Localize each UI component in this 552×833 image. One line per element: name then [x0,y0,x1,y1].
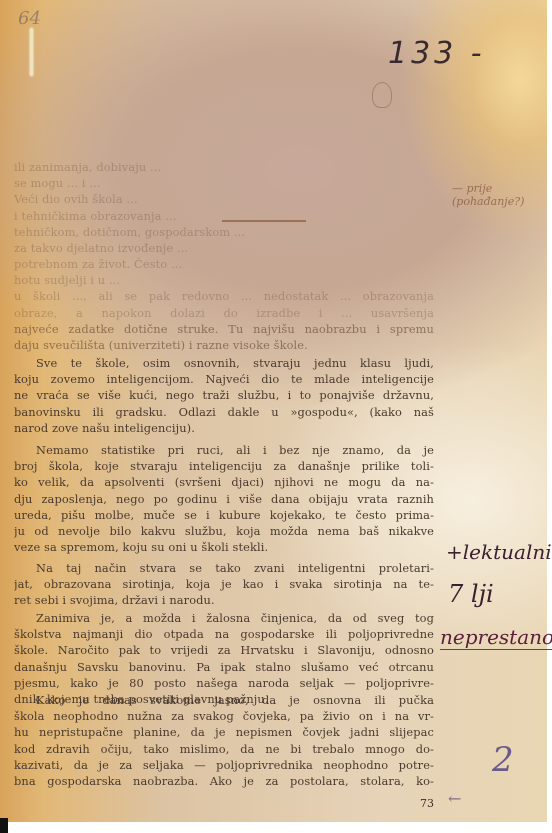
paragraph-1: Sve te škole, osim osnovnih, stvaraju je… [14,355,434,436]
paragraph-2: Nemamo statistike pri ruci, ali i bez nj… [14,442,434,555]
text-line: banovinsku ili gradsku. Odlazi dakle u »… [14,404,434,420]
text-line: narod zove našu inteligenciju). [14,420,434,436]
text-line: koju zovemo inteligencijom. Najveći dio … [14,371,434,387]
text-line: današnju Savsku banovinu. Pa ipak stalno… [14,659,434,675]
text-line [14,110,434,126]
folio-number-annotation: 133 - [388,36,486,71]
faded-text-block: ili zanimanja, dobivaju ... se mogu ... … [14,78,434,353]
text-line: broj škola, koje stvaraju inteligenciju … [14,458,434,474]
text-line: hotu sudjelji i u ... [14,272,434,288]
text-line: škola neophodno nužna za svakog čovjeka,… [14,708,434,724]
text-line: ko velik, da apsolventi (svršeni djaci) … [14,474,434,490]
text-line [14,94,434,110]
text-line: Sve te škole, osim osnovnih, stvaraju je… [14,355,434,371]
text-line: dju zaposlenja, nego po godinu i više da… [14,491,434,507]
text-line: tehničkom, dotičnom, gospodarskom ... [14,224,434,240]
paper-clip-mark [30,28,33,76]
text-line: Na taj način stvara se tako zvani inteli… [14,560,434,576]
text-line: u školi ..., ali se pak redovno ... nedo… [14,288,434,304]
text-line: potrebnom za život. Često ... [14,256,434,272]
text-line: ret sebi i svojima, državi i narodu. [14,592,434,608]
text-line: ne vraća se više kući, nego traži službu… [14,387,434,403]
text-line: kod zdravih očiju, tako mislimo, da ne b… [14,741,434,757]
text-line: veze sa spremom, koju su oni u školi ste… [14,539,434,555]
text-line: obraze, a napokon dolazi do izradbe i ..… [14,305,434,321]
scanned-page: 64 133 - — prije (pohađanje?) ili zanima… [0,0,547,822]
margin-note-top: — prije (pohađanje?) [452,182,542,208]
text-line: za takvo djelatno izvođenje ... [14,240,434,256]
margin-note-lektualni: +lektualni [446,540,552,564]
margin-note-2: 2 [492,740,514,780]
text-line: ili zanimanja, dobivaju ... [14,159,434,175]
text-line: školstva najmanji dio otpada na gospodar… [14,626,434,642]
text-line: ju od nevolje bilo kakvu službu, koja mo… [14,523,434,539]
text-line: bna gospodarska naobrazba. Ako je za pos… [14,773,434,789]
text-line: i tehničkima obrazovanja ... [14,208,434,224]
paragraph-3: Na taj način stvara se tako zvani inteli… [14,560,434,609]
text-line: ureda, pišu molbe, muče se i kubure koje… [14,507,434,523]
text-line: Veći dio ovih škola ... [14,191,434,207]
text-line: Kako je danas svakome jasno, da je osnov… [14,692,434,708]
text-line: Nemamo statistike pri ruci, ali i bez nj… [14,442,434,458]
text-line [14,78,434,94]
text-line [14,143,434,159]
text-line: škole. Naročito pak to vrijedi za Hrvats… [14,642,434,658]
text-line: najveće zadatke dotične struke. Tu najvi… [14,321,434,337]
corner-pencil-mark: 64 [18,8,41,29]
margin-note-lji: 7 lji [448,580,494,608]
text-line: pjesmu, kako je 80 posto našega naroda s… [14,675,434,691]
page-bottom-margin [0,822,552,833]
text-line: kazivati, da je za seljaka — poljoprivre… [14,757,434,773]
text-line: hu nepristupačne planine, da je nepismen… [14,724,434,740]
text-line: se mogu ... i ... [14,175,434,191]
margin-note-neprestano: neprestano [440,625,552,650]
text-line: jat, obrazovana sirotinja, koja je kao i… [14,576,434,592]
page-number: 73 [420,797,434,810]
text-line: daju sveučilišta (univerziteti) i razne … [14,337,434,353]
scan-edge [0,818,8,833]
paragraph-5: Kako je danas svakome jasno, da je osnov… [14,692,434,789]
text-line [14,127,434,143]
arrow-left-icon: ← [448,789,461,808]
text-line: Zanimiva je, a možda i žalosna činjenica… [14,610,434,626]
